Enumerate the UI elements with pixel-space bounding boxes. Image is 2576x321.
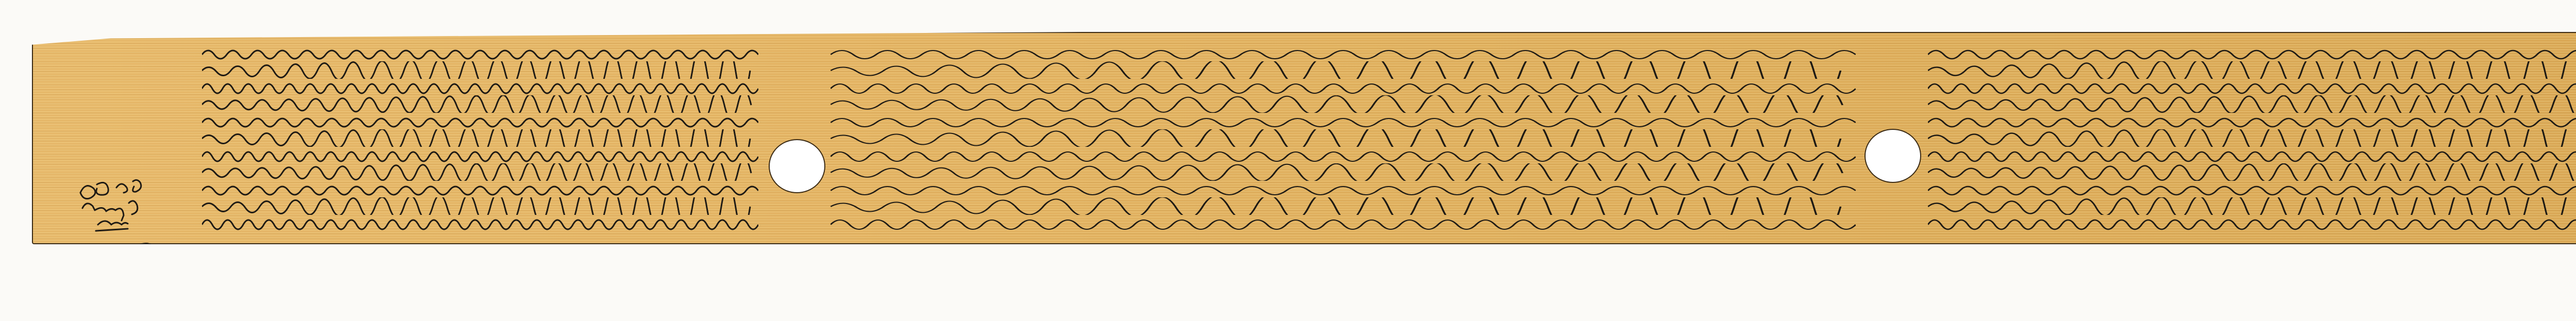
text-line [831,129,1856,147]
text-line [202,180,758,198]
text-line [831,78,1856,96]
margin-note [75,177,183,270]
text-line [831,44,1856,62]
text-line [831,112,1856,130]
binding-hole-right [1865,129,1921,183]
binding-hole-left [769,139,825,193]
text-line [1928,197,2576,215]
text-line [202,44,758,62]
text-line [1928,112,2576,130]
text-line [1928,214,2576,232]
text-line [1928,129,2576,147]
text-line [831,163,1856,181]
text-line [831,95,1856,113]
text-line [831,180,1856,198]
text-segment-3 [1928,44,2576,235]
text-line [202,129,758,147]
text-line [1928,163,2576,181]
palm-leaf [32,32,2576,244]
text-line [1928,78,2576,96]
text-line [1928,146,2576,164]
text-line [202,146,758,164]
text-line [202,163,758,181]
text-line [202,61,758,79]
text-line [202,95,758,113]
text-line [831,146,1856,164]
text-line [1928,95,2576,113]
margin-note-handwriting [75,177,183,270]
text-line [831,61,1856,79]
text-line [1928,61,2576,79]
text-line [831,214,1856,232]
text-segment-1 [202,44,758,235]
text-line [202,112,758,130]
text-line [831,197,1856,215]
text-line [202,197,758,215]
text-line [202,78,758,96]
text-line [1928,44,2576,62]
text-segment-2 [831,44,1856,235]
text-line [1928,180,2576,198]
text-line [202,214,758,232]
